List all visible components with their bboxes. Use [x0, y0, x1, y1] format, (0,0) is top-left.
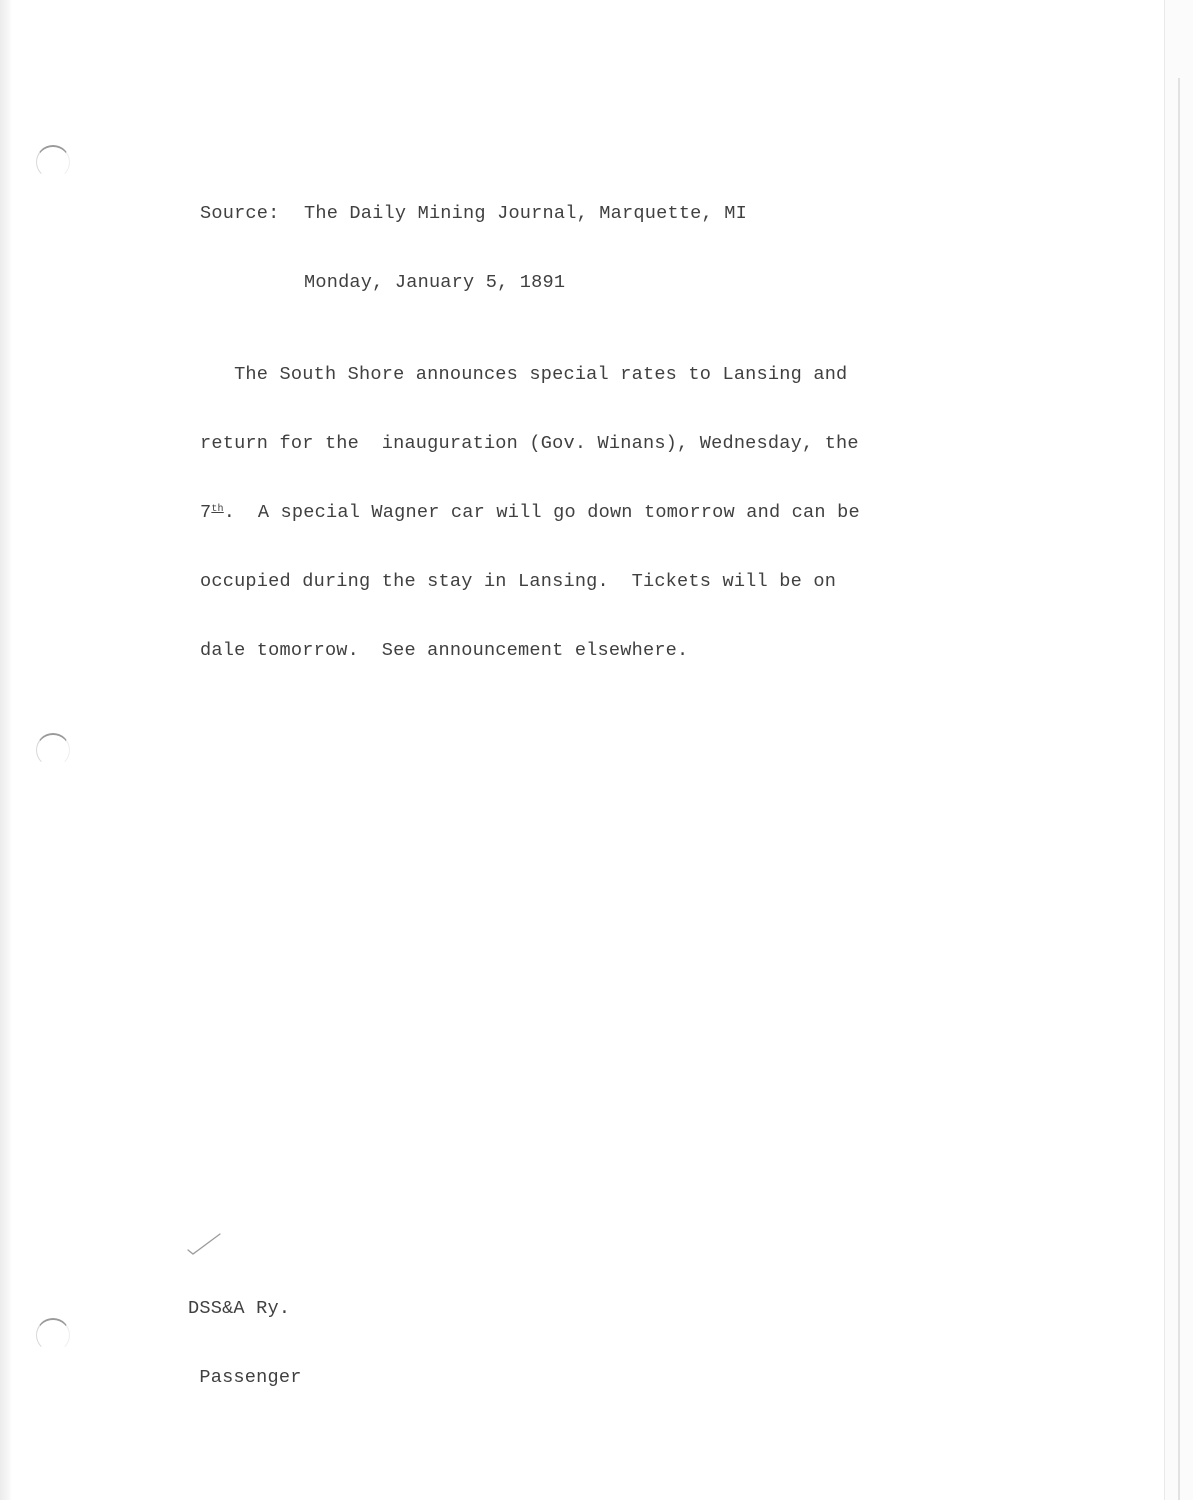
hole-punch-icon	[36, 145, 70, 179]
article-line: return for the inauguration (Gov. Winans…	[200, 432, 860, 455]
article-line: The South Shore announces special rates …	[200, 363, 860, 386]
hole-punch-icon	[36, 733, 70, 767]
hole-punch-icon	[36, 1318, 70, 1352]
scan-right-edge	[1164, 0, 1165, 1500]
source-label: Source:	[200, 202, 304, 225]
source-row-publication: Source:The Daily Mining Journal, Marquet…	[200, 202, 747, 225]
document-page: Source:The Daily Mining Journal, Marquet…	[0, 0, 1193, 1500]
article-line: occupied during the stay in Lansing. Tic…	[200, 570, 860, 593]
source-row-date: Monday, January 5, 1891	[200, 271, 747, 294]
subject-category: Passenger	[188, 1366, 302, 1389]
subject-railway: DSS&A Ry.	[188, 1297, 302, 1320]
scan-right-line	[1178, 78, 1180, 1500]
article-line: dale tomorrow. See announcement elsewher…	[200, 639, 860, 662]
source-citation: Source:The Daily Mining Journal, Marquet…	[200, 156, 747, 340]
source-publication: The Daily Mining Journal, Marquette, MI	[304, 203, 747, 224]
article-line-rest: A special Wagner car will go down tomorr…	[235, 502, 860, 523]
ordinal-number: 7	[200, 502, 211, 523]
article-body: The South Shore announces special rates …	[200, 317, 860, 708]
scan-left-edge	[0, 0, 12, 1500]
subject-tag: DSS&A Ry. Passenger	[188, 1251, 302, 1435]
source-date: Monday, January 5, 1891	[304, 272, 565, 293]
ordinal-suffix: th	[211, 504, 223, 515]
ordinal-period: .	[224, 502, 235, 523]
article-line: 7th. A special Wagner car will go down t…	[200, 501, 860, 524]
